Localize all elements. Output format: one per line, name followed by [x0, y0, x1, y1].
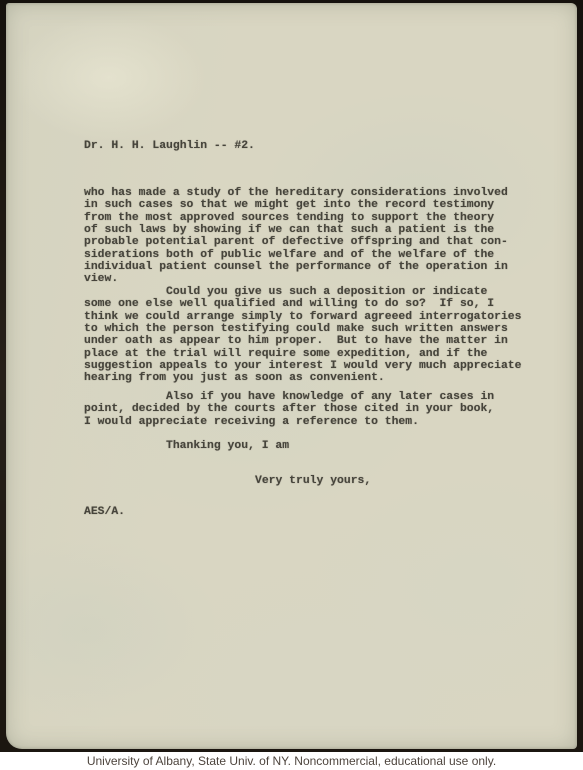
archive-credit-text: University of Albany, State Univ. of NY.…: [87, 752, 496, 770]
letter-paragraph-2: Could you give us such a deposition or i…: [84, 286, 521, 385]
letter-paragraph-3: Also if you have knowledge of any later …: [84, 391, 494, 428]
screenshot-root: Dr. H. H. Laughlin -- #2. who has made a…: [0, 0, 583, 770]
letter-recipient-page-header: Dr. H. H. Laughlin -- #2.: [84, 140, 255, 152]
letter-paragraph-1: who has made a study of the hereditary c…: [84, 187, 508, 286]
letter-page: Dr. H. H. Laughlin -- #2. who has made a…: [6, 3, 577, 749]
archive-credit-bar: University of Albany, State Univ. of NY.…: [0, 752, 583, 770]
letter-valediction: Very truly yours,: [255, 475, 371, 487]
letter-closing-thanks: Thanking you, I am: [166, 440, 289, 452]
scan-dark-border: Dr. H. H. Laughlin -- #2. who has made a…: [0, 0, 583, 752]
letter-typist-initials: AES/A.: [84, 506, 125, 518]
